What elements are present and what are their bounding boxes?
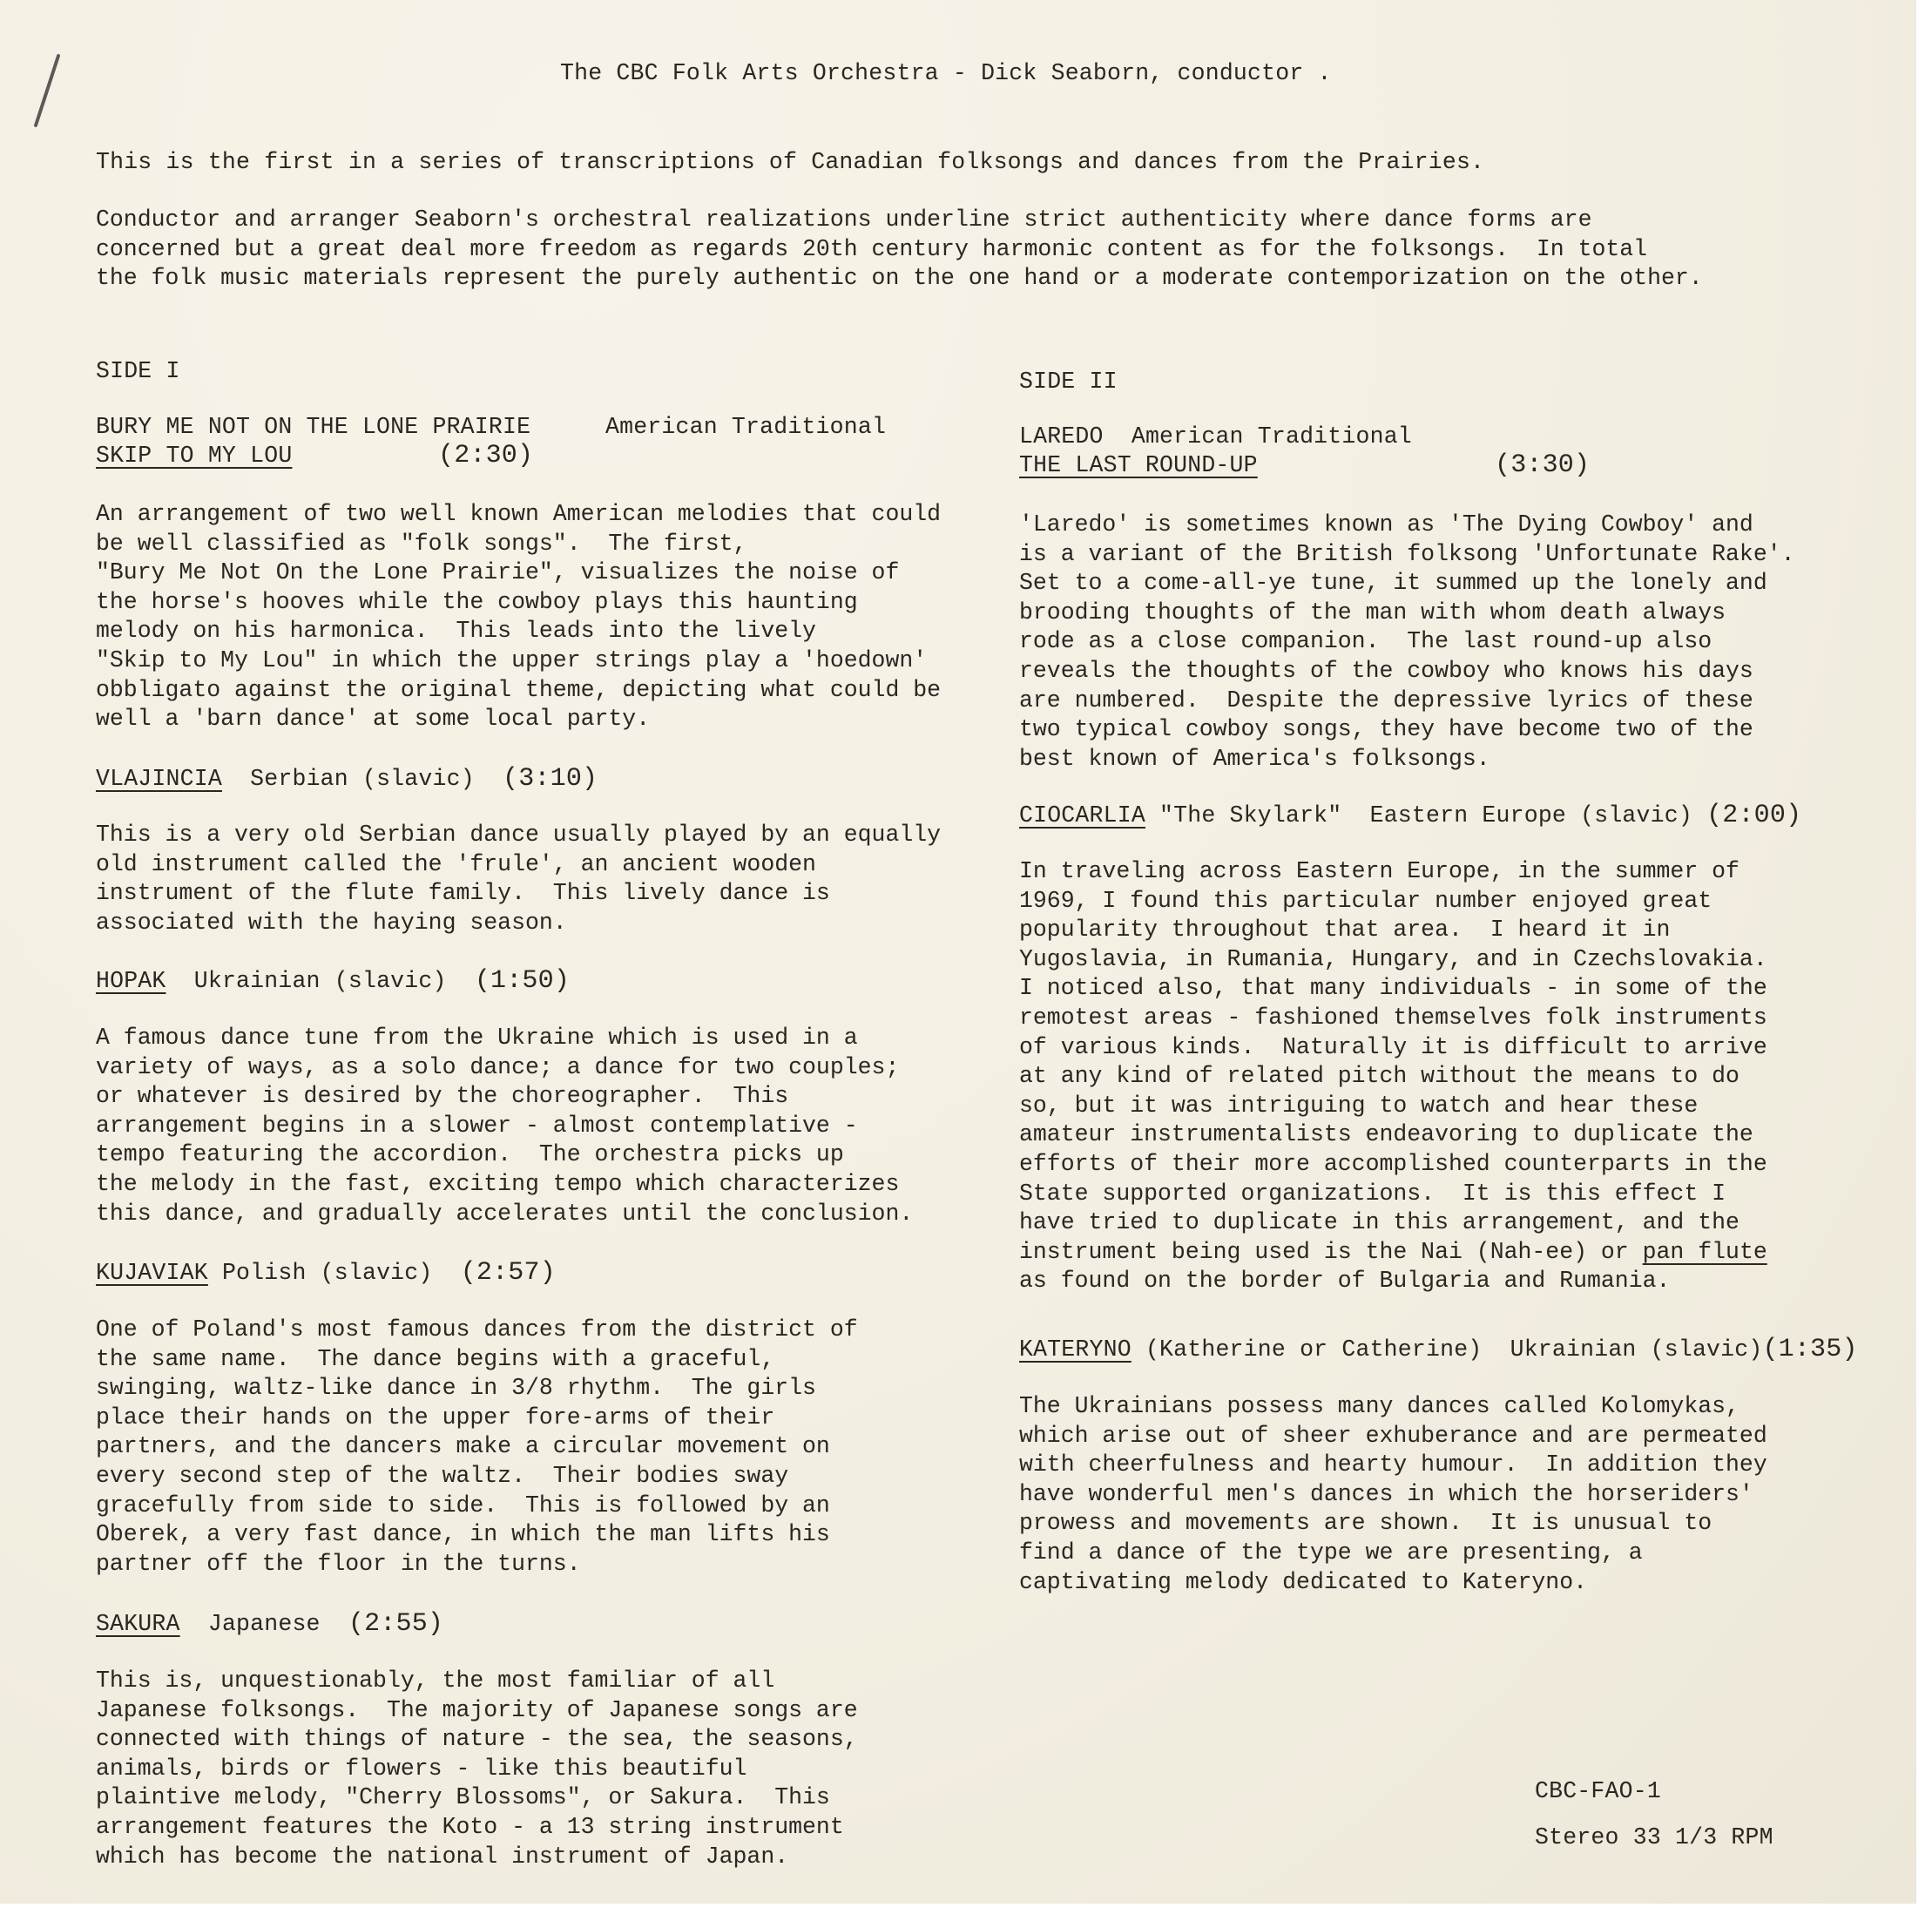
track-origin: American Traditional xyxy=(1132,423,1412,450)
track-title: LAREDO American Traditional xyxy=(1019,423,1412,452)
record-format: Stereo 33 1/3 RPM xyxy=(1535,1823,1773,1853)
track-title: HOPAK xyxy=(96,968,166,994)
track-description: This is a very old Serbian dance usually… xyxy=(96,821,941,937)
page-title: The CBC Folk Arts Orchestra - Dick Seabo… xyxy=(560,59,1332,89)
track-origin: (Katherine or Catherine) Ukrainian (slav… xyxy=(1145,1336,1763,1363)
track-header: KATERYNO (Katherine or Catherine) Ukrain… xyxy=(1019,1336,1858,1365)
track-header: KUJAVIAK Polish (slavic) (2:57) xyxy=(96,1259,556,1289)
description-text: as found on the border of Bulgaria and R… xyxy=(1019,1268,1670,1294)
track-description: The Ukrainians possess many dances calle… xyxy=(1019,1392,1767,1597)
track-duration: (3:30) xyxy=(1495,451,1590,481)
track-title: SAKURA xyxy=(96,1611,180,1637)
description-text: In traveling across Eastern Europe, in t… xyxy=(1019,858,1767,1265)
track-origin: Serbian (slavic) xyxy=(250,766,475,792)
catalog-number: CBC-FAO-1 xyxy=(1535,1777,1661,1807)
track-header: VLAJINCIA Serbian (slavic) (3:10) xyxy=(96,765,598,795)
track-origin: Japanese xyxy=(208,1611,321,1637)
track-description: 'Laredo' is sometimes known as 'The Dyin… xyxy=(1019,511,1795,774)
intro-paragraph: Conductor and arranger Seaborn's orchest… xyxy=(96,206,1703,294)
track-duration: (2:57) xyxy=(461,1258,556,1288)
track-title-2: THE LAST ROUND-UP xyxy=(1019,451,1258,481)
track-title: VLAJINCIA xyxy=(96,766,222,792)
staple xyxy=(34,54,61,128)
side-2-label: SIDE II xyxy=(1019,368,1118,397)
track-description: An arrangement of two well known America… xyxy=(96,500,941,734)
track-description: One of Poland's most famous dances from … xyxy=(96,1316,858,1579)
track-title: KUJAVIAK xyxy=(96,1260,208,1286)
description-underlined-text: pan flute xyxy=(1643,1239,1767,1265)
track-title: LAREDO xyxy=(1019,423,1104,450)
track-description: A famous dance tune from the Ukraine whi… xyxy=(96,1024,913,1228)
track-duration: (2:30) xyxy=(438,442,533,471)
track-header: SAKURA Japanese (2:55) xyxy=(96,1610,443,1640)
track-title: CIOCARLIA xyxy=(1019,802,1145,829)
track-origin: American Traditional xyxy=(605,413,886,443)
track-origin: Ukrainian (slavic) xyxy=(194,968,447,994)
track-title-2: SKIP TO MY LOU xyxy=(96,442,292,471)
track-duration: (2:55) xyxy=(348,1609,443,1639)
track-duration: (1:50) xyxy=(475,966,570,996)
track-title: KATERYNO xyxy=(1019,1336,1132,1363)
track-duration: (3:10) xyxy=(503,764,598,794)
intro-line: This is the first in a series of transcr… xyxy=(96,148,1484,178)
side-1-label: SIDE I xyxy=(96,357,180,387)
track-header: HOPAK Ukrainian (slavic) (1:50) xyxy=(96,967,570,997)
track-description: In traveling across Eastern Europe, in t… xyxy=(1019,857,1767,1296)
track-origin: "The Skylark" Eastern Europe (slavic) xyxy=(1159,802,1692,829)
track-origin: Polish (slavic) xyxy=(222,1260,433,1286)
track-header: CIOCARLIA "The Skylark" Eastern Europe (… xyxy=(1019,802,1801,831)
document-page: The CBC Folk Arts Orchestra - Dick Seabo… xyxy=(0,0,1916,1904)
track-description: This is, unquestionably, the most famili… xyxy=(96,1667,858,1871)
track-title: BURY ME NOT ON THE LONE PRAIRIE xyxy=(96,413,530,443)
track-duration: (2:00) xyxy=(1706,801,1801,830)
track-duration: (1:35) xyxy=(1762,1335,1857,1364)
